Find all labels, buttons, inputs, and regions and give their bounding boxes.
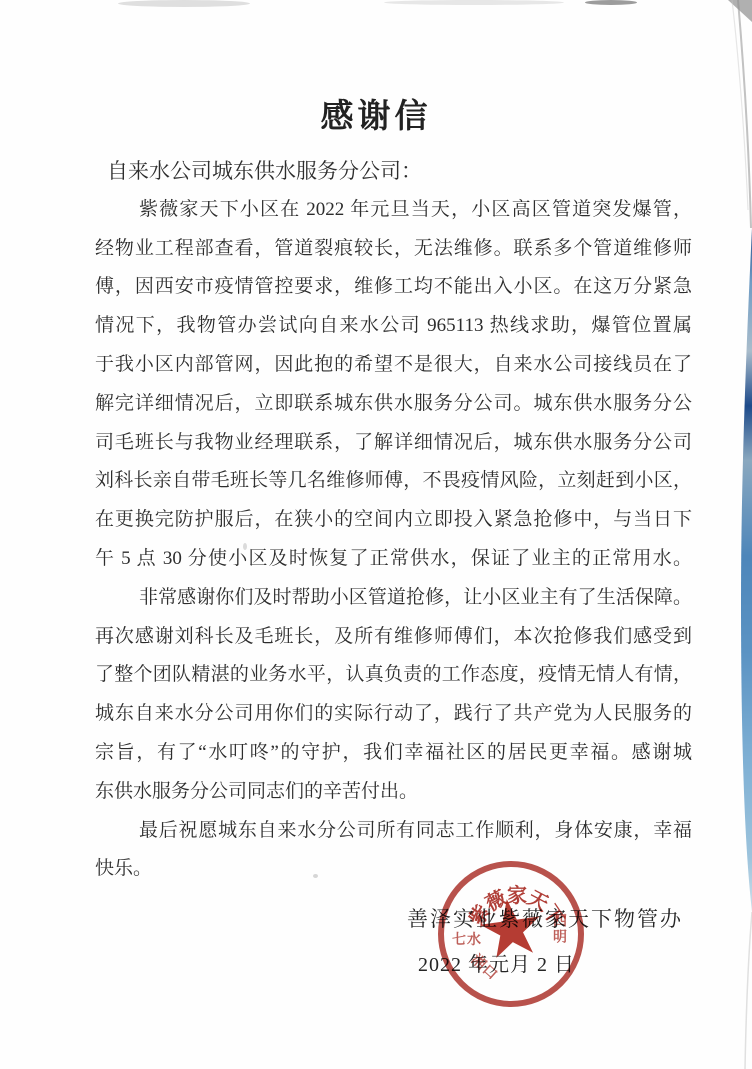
scan-smudge: [118, 0, 250, 7]
letter-line: 情况下，我物管办尝试向自来水公司 965113 热线求助，爆管位置属: [95, 307, 692, 346]
letter-line: 了整个团队精湛的业务水平，认真负责的工作态度，疫情无情人有情，: [95, 656, 692, 695]
letter-line: 傅，因西安市疫情管控要求，维修工均不能出入小区。在这万分紧急: [95, 268, 692, 307]
paragraph-3: 最后祝愿城东自来水分公司所有同志工作顺利，身体安康，幸福 快乐。: [95, 812, 692, 890]
letter-line: 午 5 点 30 分使小区及时恢复了正常供水，保证了业主的正常用水。: [95, 540, 692, 579]
official-seal: 紫 薇 家 天 下 ★ 七水 四明 湘口: [438, 861, 584, 1007]
letter-line: 在更换完防护服后，在狭小的空间内立即投入紧急抢修中，与当日下: [95, 501, 692, 540]
paragraph-2: 非常感谢你们及时帮助小区管道抢修，让小区业主有了生活保障。 再次感谢刘科长及毛班…: [95, 579, 692, 812]
letter-line: 东供水服务分公司同志们的辛苦付出。: [95, 773, 692, 812]
paragraph-1: 紫薇家天下小区在 2022 年元旦当天，小区高区管道突发爆管， 经物业工程部查看…: [95, 191, 692, 579]
letter-line: 解完详细情况后，立即联系城东供水服务分公司。城东供水服务分公: [95, 385, 692, 424]
letter-line: 刘科长亲自带毛班长等几名维修师傅，不畏疫情风险，立刻赶到小区，: [95, 462, 692, 501]
seal-right-glyphs: 四明: [548, 913, 568, 945]
scanned-letter-page: { "document": { "title": "感谢信", "salutat…: [0, 0, 752, 1069]
letter-line: 最后祝愿城东自来水分公司所有同志工作顺利，身体安康，幸福: [95, 812, 692, 851]
salutation: 自来水公司城东供水服务分公司：: [95, 152, 692, 191]
scan-smudge: [585, 0, 637, 5]
letter-line: 城东自来水分公司用你们的实际行动了，践行了共产党为人民服务的: [95, 695, 692, 734]
seal-left-glyphs: 七水: [452, 929, 482, 949]
page-corner-shadow: [728, 0, 752, 22]
letter-body: 自来水公司城东供水服务分公司： 紫薇家天下小区在 2022 年元旦当天，小区高区…: [95, 152, 692, 889]
page-edge: [724, 0, 752, 1069]
scan-smudge: [384, 0, 564, 5]
letter-line: 宗旨，有了“水叮咚”的守护，我们幸福社区的居民更幸福。感谢城: [95, 734, 692, 773]
letter-line: 于我小区内部管网，因此抱的希望不是很大，自来水公司接线员在了: [95, 346, 692, 385]
letter-line: 经物业工程部查看，管道裂痕较长，无法维修。联系多个管道维修师: [95, 230, 692, 269]
letter-title: 感谢信: [0, 90, 752, 137]
letter-line: 紫薇家天下小区在 2022 年元旦当天，小区高区管道突发爆管，: [95, 191, 692, 230]
letter-line: 司毛班长与我物业经理联系，了解详细情况后，城东供水服务分公司: [95, 424, 692, 463]
letter-line: 非常感谢你们及时帮助小区管道抢修，让小区业主有了生活保障。: [95, 579, 692, 618]
letter-line: 再次感谢刘科长及毛班长，及所有维修师傅们，本次抢修我们感受到: [95, 618, 692, 657]
letter-line: 快乐。: [95, 850, 692, 889]
